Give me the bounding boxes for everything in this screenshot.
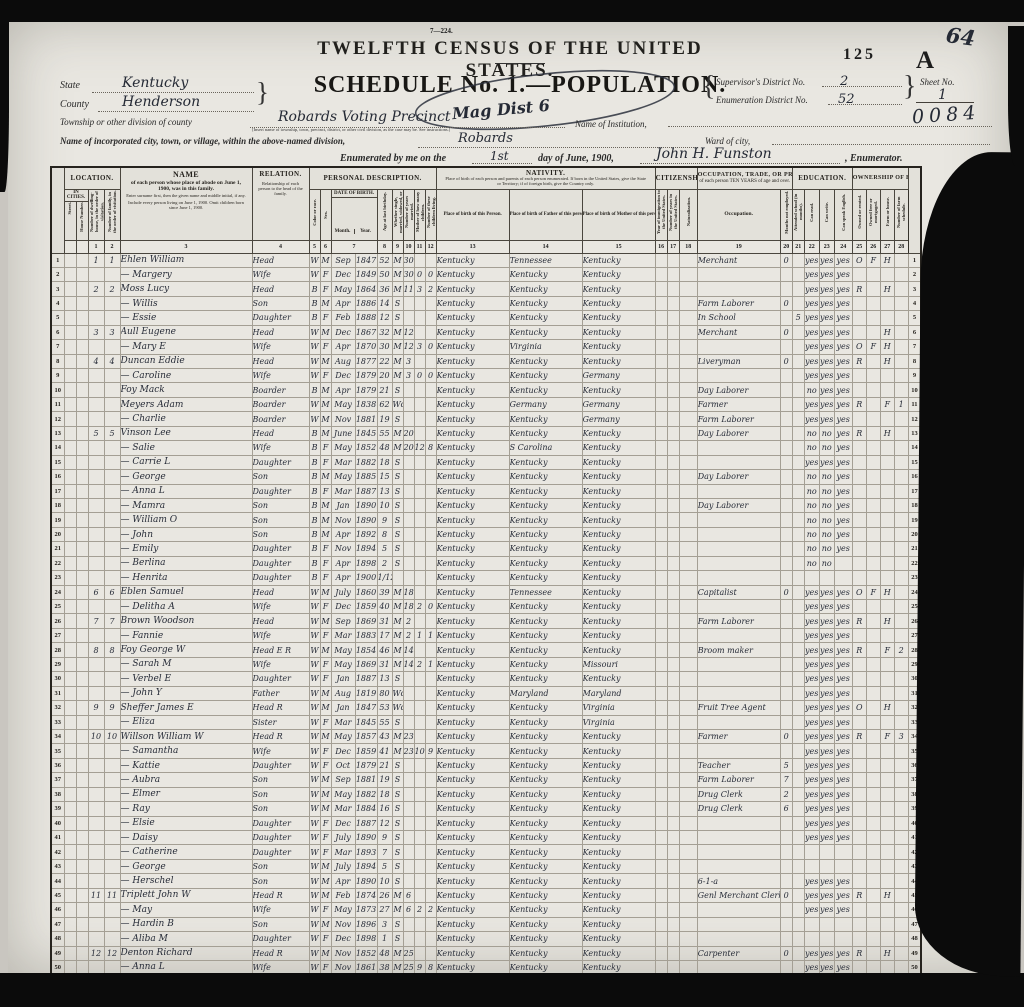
census-row-34: 341010Willson William WHead RWMMay185743… [51, 729, 921, 743]
cell-col: B [309, 484, 320, 498]
cell-occ [697, 657, 780, 671]
cell-name: — Samantha [120, 744, 252, 758]
cell-c17 [667, 773, 679, 787]
cell-by: 1867 [355, 325, 377, 339]
column-number-20: 20 [780, 240, 792, 253]
cell-o28 [894, 701, 908, 715]
cell-occ [697, 340, 780, 354]
cell-en: yes [834, 311, 852, 325]
cell-name: — Daisy [120, 831, 252, 845]
cell-by: 1845 [355, 715, 377, 729]
cell-dw [88, 340, 104, 354]
census-row-39: 39— RaySonWMMar188416SKentuckyKentuckyKe… [51, 802, 921, 816]
col-head-farm-schedule: Number of farm schedule. [894, 189, 908, 240]
cell-c16 [655, 325, 667, 339]
cell-dw: 12 [88, 946, 104, 960]
cell-fm [104, 441, 120, 455]
cell-n: 7 [51, 340, 64, 354]
cell-sch [792, 296, 804, 310]
cell-c17 [667, 715, 679, 729]
cell-pf: Kentucky [509, 325, 582, 339]
cell-c18 [679, 715, 697, 729]
cell-sch [792, 729, 804, 743]
cell-bm: Dec [331, 744, 355, 758]
cell-o27 [880, 845, 894, 859]
cell-c16 [655, 542, 667, 556]
cell-cl [425, 802, 436, 816]
cell-mo [780, 267, 792, 281]
cell-c18 [679, 325, 697, 339]
dob-label: DATE OF BIRTH. [332, 190, 377, 199]
cell-st [64, 513, 76, 527]
cell-bm: Jan [331, 672, 355, 686]
cell-rel: Wife [252, 267, 309, 281]
cell-cl [425, 296, 436, 310]
cell-n: 23 [51, 571, 64, 585]
col-head-immigration-year: Year of immigration to the United States… [655, 189, 667, 240]
title-rule [495, 63, 545, 64]
cell-o25 [852, 874, 866, 888]
col-head-can-read: Can read. [804, 189, 819, 240]
cell-st [64, 369, 76, 383]
cell-c18 [679, 296, 697, 310]
census-table: LOCATION. NAME of each person whose plac… [50, 166, 922, 976]
cell-c18 [679, 426, 697, 440]
cell-pf: Kentucky [509, 600, 582, 614]
cell-pm: Kentucky [582, 874, 655, 888]
cell-age: 9 [377, 831, 392, 845]
cell-rd: yes [804, 701, 819, 715]
col-head-children-living: Number of these children living. [425, 189, 436, 240]
census-row-30: 30— Verbel EDaughterWFJan188713SKentucky… [51, 672, 921, 686]
cell-cl [425, 484, 436, 498]
cell-col: B [309, 296, 320, 310]
cell-pb: Kentucky [436, 628, 509, 642]
cell-sch [792, 816, 804, 830]
cell-age: 48 [377, 441, 392, 455]
cell-rel: Son [252, 773, 309, 787]
cell-rel: Son [252, 470, 309, 484]
cell-pb: Kentucky [436, 701, 509, 715]
cell-c16 [655, 744, 667, 758]
cell-pf: Kentucky [509, 412, 582, 426]
census-row-5: 5— EssieDaughterBFFeb188812SKentuckyKent… [51, 311, 921, 325]
cell-col: B [309, 527, 320, 541]
cell-ym [403, 556, 414, 570]
cell-bm: Nov [331, 513, 355, 527]
cell-n: 32 [51, 701, 64, 715]
cell-en: yes [834, 715, 852, 729]
cell-mar: M [392, 888, 403, 902]
cell-o25 [852, 441, 866, 455]
cell-cl: 9 [425, 744, 436, 758]
cell-pm: Kentucky [582, 253, 655, 267]
cell-occ [697, 513, 780, 527]
cell-sex: F [320, 311, 331, 325]
cell-rd: yes [804, 325, 819, 339]
cell-rel: Wife [252, 369, 309, 383]
census-row-9: 9— CarolineWifeWFDec187920M300KentuckyKe… [51, 369, 921, 383]
cell-by: 1838 [355, 397, 377, 411]
cell-ym [403, 831, 414, 845]
cell-rd: no [804, 556, 819, 570]
cell-hn [76, 369, 88, 383]
cell-mc [414, 859, 425, 873]
cell-pf: Kentucky [509, 758, 582, 772]
cell-c18 [679, 701, 697, 715]
cell-o28 [894, 758, 908, 772]
cell-col: W [309, 585, 320, 599]
cell-bm: May [331, 729, 355, 743]
cell-n: 4 [51, 296, 64, 310]
cell-ym [403, 758, 414, 772]
cell-occ [697, 903, 780, 917]
cell-o26 [866, 643, 880, 657]
cell-sex: M [320, 917, 331, 931]
cell-col: W [309, 397, 320, 411]
cell-col: W [309, 787, 320, 801]
cell-wr: yes [819, 787, 834, 801]
cell-pm: Kentucky [582, 340, 655, 354]
cell-bm: July [331, 859, 355, 873]
cell-c17 [667, 859, 679, 873]
cell-o28 [894, 542, 908, 556]
cell-pf: Kentucky [509, 874, 582, 888]
cell-bm: July [331, 831, 355, 845]
cell-pb: Kentucky [436, 369, 509, 383]
cell-c18 [679, 744, 697, 758]
cell-n: 45 [51, 888, 64, 902]
cell-c18 [679, 643, 697, 657]
cell-by: 1898 [355, 932, 377, 946]
cell-wr: no [819, 527, 834, 541]
cell-fm [104, 874, 120, 888]
scan-black-edge-left [0, 22, 9, 192]
cell-o26 [866, 816, 880, 830]
cell-mar: S [392, 831, 403, 845]
cell-pf: Kentucky [509, 744, 582, 758]
col-head-pob: Place of birth of this Person. [436, 189, 509, 240]
cell-by: 1883 [355, 628, 377, 642]
column-number-15: 15 [582, 240, 655, 253]
cell-o28 [894, 383, 908, 397]
cell-sex: M [320, 383, 331, 397]
cell-c16 [655, 397, 667, 411]
cell-mo [780, 426, 792, 440]
cell-occ [697, 917, 780, 931]
cell-sch [792, 383, 804, 397]
cell-c18 [679, 903, 697, 917]
census-row-36: 36— KattieDaughterWFOct187921SKentuckyKe… [51, 758, 921, 772]
cell-wr: yes [819, 296, 834, 310]
cell-en: yes [834, 802, 852, 816]
cell-c18 [679, 484, 697, 498]
cell-sex: F [320, 267, 331, 281]
cell-occ: Farmer [697, 729, 780, 743]
cell-pb: Kentucky [436, 686, 509, 700]
cell-o25 [852, 744, 866, 758]
cell-rd: yes [804, 744, 819, 758]
cell-occ [697, 859, 780, 873]
cell-o25 [852, 845, 866, 859]
scan-black-bar-bottom [0, 973, 1024, 1007]
cell-pm: Kentucky [582, 729, 655, 743]
cell-cl [425, 946, 436, 960]
cell-st [64, 571, 76, 585]
cell-name: — Aliba M [120, 932, 252, 946]
cell-st [64, 888, 76, 902]
cell-wr: yes [819, 628, 834, 642]
cell-mar: S [392, 470, 403, 484]
cell-o25 [852, 383, 866, 397]
cell-fm [104, 571, 120, 585]
cell-n: 41 [51, 831, 64, 845]
census-row-25: 25— Delitha AWifeWFDec185940M1820Kentuck… [51, 600, 921, 614]
cell-mo [780, 701, 792, 715]
cell-hn [76, 267, 88, 281]
cell-c17 [667, 267, 679, 281]
cell-wr: yes [819, 686, 834, 700]
cell-hn [76, 831, 88, 845]
cell-pm: Germany [582, 412, 655, 426]
cell-ym [403, 484, 414, 498]
cell-pm: Kentucky [582, 903, 655, 917]
col-head-occupation: Occupation. [697, 189, 780, 240]
cell-bm: Aug [331, 686, 355, 700]
cell-st [64, 643, 76, 657]
cell-pm: Kentucky [582, 325, 655, 339]
cell-bm: Sep [331, 614, 355, 628]
cell-pb: Kentucky [436, 787, 509, 801]
cell-age: 30 [377, 340, 392, 354]
cell-mo [780, 282, 792, 296]
cell-pm: Kentucky [582, 628, 655, 642]
cell-bm: Nov [331, 946, 355, 960]
cell-o26 [866, 917, 880, 931]
cell-by: 1892 [355, 527, 377, 541]
cell-rel: Head [252, 426, 309, 440]
cell-wr: yes [819, 903, 834, 917]
cell-mar: M [392, 585, 403, 599]
cell-rel: Son [252, 527, 309, 541]
cell-hn [76, 282, 88, 296]
cell-age: 12 [377, 816, 392, 830]
cell-rel: Daughter [252, 311, 309, 325]
cell-st [64, 484, 76, 498]
cell-o25 [852, 600, 866, 614]
cell-col: W [309, 701, 320, 715]
cell-dw [88, 787, 104, 801]
cell-sch [792, 556, 804, 570]
cell-sex: M [320, 513, 331, 527]
cell-sex: M [320, 325, 331, 339]
cell-bm: Nov [331, 542, 355, 556]
cell-sch [792, 874, 804, 888]
cell-rd: yes [804, 787, 819, 801]
cell-wr [819, 917, 834, 931]
cell-n: 5 [51, 311, 64, 325]
col-head-dwelling: Number of dwelling-house, in the order o… [88, 189, 104, 240]
cell-c17 [667, 397, 679, 411]
cell-n: 30 [51, 672, 64, 686]
cell-c16 [655, 571, 667, 585]
cell-dw [88, 397, 104, 411]
cell-st [64, 816, 76, 830]
cell-o25 [852, 527, 866, 541]
cell-o25 [852, 571, 866, 585]
cell-pm: Kentucky [582, 296, 655, 310]
cell-st [64, 325, 76, 339]
cell-pb: Kentucky [436, 556, 509, 570]
cell-c18 [679, 253, 697, 267]
cell-wr: yes [819, 369, 834, 383]
cell-by: 1869 [355, 657, 377, 671]
cell-mo: 7 [780, 773, 792, 787]
cell-o25 [852, 657, 866, 671]
cell-name: Ehlen William [120, 253, 252, 267]
cell-fm [104, 542, 120, 556]
cell-wr: no [819, 426, 834, 440]
cell-rd: no [804, 498, 819, 512]
cell-sex: F [320, 542, 331, 556]
cell-sch [792, 845, 804, 859]
cell-st [64, 831, 76, 845]
cell-cl [425, 932, 436, 946]
cell-dw: 7 [88, 614, 104, 628]
cell-rd: yes [804, 600, 819, 614]
cell-c16 [655, 816, 667, 830]
cell-pf: Kentucky [509, 787, 582, 801]
cell-mo [780, 859, 792, 873]
cell-by: 1887 [355, 672, 377, 686]
cell-ym: 2 [403, 628, 414, 642]
cell-pf: Kentucky [509, 354, 582, 368]
cell-fm [104, 296, 120, 310]
cell-bm: Mar [331, 845, 355, 859]
cell-c18 [679, 932, 697, 946]
cell-hn [76, 426, 88, 440]
cell-mar: S [392, 917, 403, 931]
cell-dw [88, 859, 104, 873]
cell-wr: yes [819, 672, 834, 686]
cell-o25 [852, 672, 866, 686]
cell-o26: F [866, 340, 880, 354]
cell-occ: Drug Clerk [697, 802, 780, 816]
cell-hn [76, 672, 88, 686]
cell-rd: yes [804, 729, 819, 743]
cell-o27 [880, 600, 894, 614]
cell-mo [780, 513, 792, 527]
col-head-months-not-employed: Months not employed. [780, 189, 792, 240]
cell-sex: M [320, 253, 331, 267]
cell-age: 50 [377, 267, 392, 281]
rownum-head-right [908, 167, 921, 253]
cell-mo [780, 686, 792, 700]
cell-mc [414, 614, 425, 628]
cell-col: W [309, 845, 320, 859]
cell-sex: F [320, 816, 331, 830]
cell-o25 [852, 484, 866, 498]
cell-rel: Daughter [252, 571, 309, 585]
cell-cl: 2 [425, 282, 436, 296]
cell-hn [76, 773, 88, 787]
cell-by: 1877 [355, 354, 377, 368]
cell-age: 1 [377, 932, 392, 946]
cell-ym [403, 917, 414, 931]
cell-mar: M [392, 325, 403, 339]
cell-pb: Kentucky [436, 643, 509, 657]
cell-age: 62 [377, 397, 392, 411]
cell-name: — Emily [120, 542, 252, 556]
cell-en [834, 556, 852, 570]
cell-ym: 30 [403, 253, 414, 267]
cell-c17 [667, 369, 679, 383]
cell-en: yes [834, 354, 852, 368]
cell-occ [697, 600, 780, 614]
cell-name: Foy George W [120, 643, 252, 657]
cell-pf: Kentucky [509, 282, 582, 296]
census-row-2: 2— MargeryWifeWFDec184950M3000KentuckyKe… [51, 267, 921, 281]
cell-sex: F [320, 369, 331, 383]
cell-sch [792, 267, 804, 281]
cell-st [64, 946, 76, 960]
cell-wr: yes [819, 715, 834, 729]
cell-pb: Kentucky [436, 903, 509, 917]
cell-o26 [866, 426, 880, 440]
cell-hn [76, 932, 88, 946]
cell-age: 36 [377, 282, 392, 296]
cell-c16 [655, 296, 667, 310]
cell-cl [425, 672, 436, 686]
cell-pm: Kentucky [582, 802, 655, 816]
cell-fm [104, 383, 120, 397]
cell-o25: R [852, 888, 866, 902]
cell-c18 [679, 513, 697, 527]
cell-c17 [667, 917, 679, 931]
census-row-22: 22— BerlinaDaughterBFApr18982SKentuckyKe… [51, 556, 921, 570]
cell-by: 1860 [355, 585, 377, 599]
cell-st [64, 311, 76, 325]
cell-mo: 2 [780, 787, 792, 801]
cell-pf: Kentucky [509, 296, 582, 310]
cell-c17 [667, 556, 679, 570]
cell-en: yes [834, 831, 852, 845]
cell-sch [792, 470, 804, 484]
cell-wr: yes [819, 282, 834, 296]
cell-n: 2 [51, 267, 64, 281]
cell-sex: M [320, 498, 331, 512]
corner-handwritten-64: 64 [944, 22, 976, 51]
cell-occ: 6-1-a [697, 874, 780, 888]
cell-n: 16 [51, 470, 64, 484]
cell-o25: O [852, 701, 866, 715]
cell-st [64, 715, 76, 729]
cell-mar: S [392, 527, 403, 541]
cell-c17 [667, 470, 679, 484]
cell-o25 [852, 628, 866, 642]
cell-c17 [667, 383, 679, 397]
cell-age: 26 [377, 888, 392, 902]
cell-pf: Kentucky [509, 946, 582, 960]
cell-mc [414, 455, 425, 469]
cell-mc: 3 [414, 340, 425, 354]
cell-ym [403, 498, 414, 512]
cell-name: — Elsie [120, 816, 252, 830]
col-head-farm-house: Farm or house. [880, 189, 894, 240]
cell-o26 [866, 513, 880, 527]
cell-rel: Son [252, 513, 309, 527]
cell-pb: Kentucky [436, 253, 509, 267]
